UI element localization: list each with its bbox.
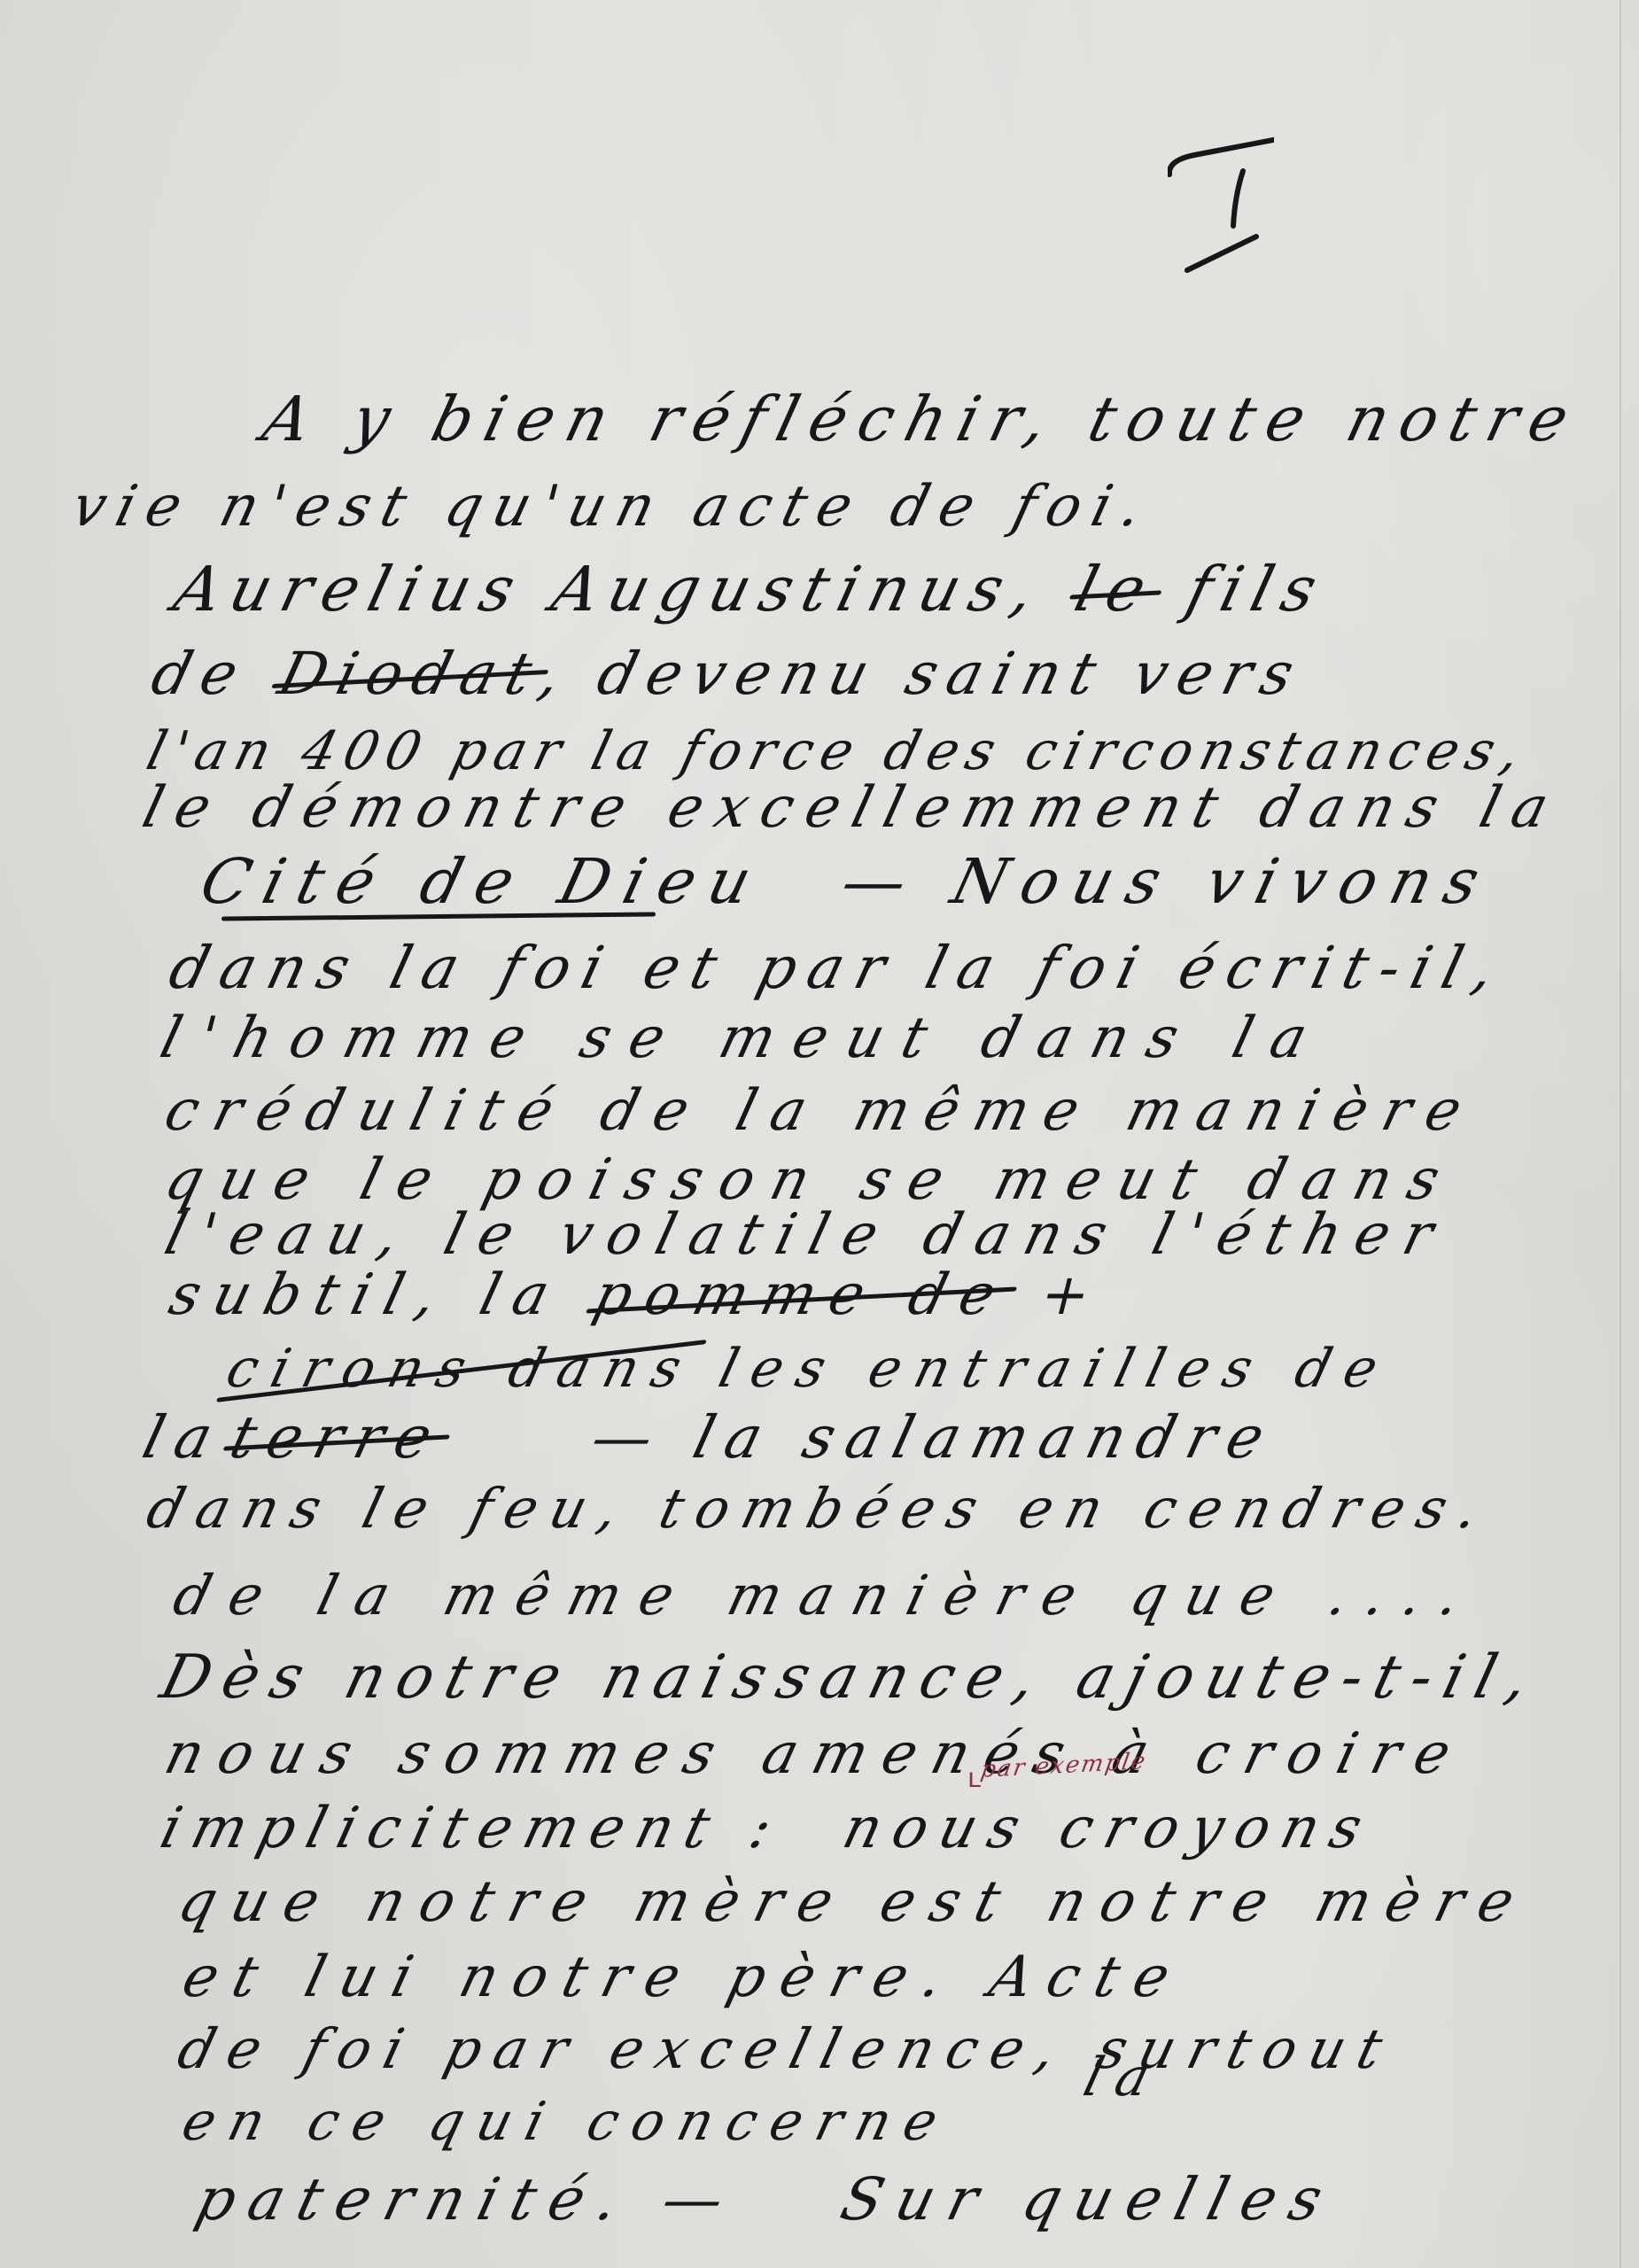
manuscript-line-14: cirons dansles entrailles de (221, 1342, 1431, 1395)
line-text: — Nous vivons (835, 850, 1499, 913)
manuscript-line-9: l'homme se meut dans la (155, 1010, 1332, 1067)
manuscript-line-6: le démontre excellemment dans la (137, 780, 1567, 836)
manuscript-line-16: dans le feu, tombées en cendres. (142, 1481, 1497, 1536)
manuscript-line-15: laterre— la salamandre (137, 1409, 1316, 1467)
insertion-mark: + (1035, 1267, 1111, 1324)
line-text: Sur quelles (835, 2171, 1342, 2229)
line-text: , devenu saint vers (533, 645, 1309, 703)
underlined-title: Cité de Dieu (195, 850, 772, 913)
manuscript-page: I A y bien réfléchir, toute notre vie n'… (0, 0, 1639, 2268)
line-text: la (137, 1409, 230, 1467)
struck-through-word: terre (224, 1409, 449, 1467)
struck-through-words: cirons dans (221, 1342, 701, 1395)
line-text: implicitement : (155, 1800, 789, 1857)
manuscript-line-10: crédulité de la même manière (159, 1083, 1483, 1139)
manuscript-line-7: Cité de Dieu— Nous vivons (195, 850, 1533, 913)
struck-through-word: le (1069, 558, 1162, 620)
line-text: nous croyons (837, 1800, 1379, 1857)
struck-through-word: pomme de (588, 1267, 1015, 1324)
line-text: de (146, 645, 254, 703)
manuscript-line-12: l'eau, le volatile dans l'éther (159, 1207, 1454, 1263)
manuscript-line-3: Aurelius Augustinus,lefils (168, 558, 1367, 620)
manuscript-line-8: dans la foi et par la foi écrit-il, (164, 939, 1512, 998)
line-text: — la salamandre (586, 1409, 1282, 1467)
manuscript-line-5: l'an 400 par la force des circonstances, (142, 725, 1534, 778)
line-text: subtil, la (164, 1267, 569, 1324)
manuscript-line-18: Dès notre naissance, ajoute-t-il, (155, 1648, 1547, 1708)
line-text: Aurelius Augustinus, (168, 558, 1051, 620)
manuscript-line-20: implicitement :nous croyons (155, 1800, 1413, 1857)
chapter-numeral-heading (1168, 128, 1274, 279)
page-edge (1620, 0, 1621, 2268)
manuscript-line-23: de foi par excellence, surtout (173, 2022, 1401, 2077)
line-text: la (1078, 2051, 1169, 2104)
manuscript-line-25: paternité. —Sur quelles (190, 2171, 1376, 2229)
manuscript-line-11: que le poisson se meut dans (159, 1152, 1463, 1208)
manuscript-line-22: et lui notre père. Acte (177, 1949, 1191, 2006)
manuscript-line-19: nous sommes amenés à croire (159, 1726, 1472, 1783)
manuscript-line-13: subtil, lapomme de+ (164, 1267, 1145, 1324)
manuscript-line-24: en ce qui concernela (177, 2095, 1192, 2148)
manuscript-line-2: vie n'est qu'un acte de foi. (66, 478, 1159, 535)
line-text: en ce qui concerne (177, 2095, 957, 2148)
manuscript-line-1: A y bien réfléchir, toute notre (257, 388, 1587, 450)
manuscript-line-4: deDiodat, devenu saint vers (146, 645, 1343, 703)
struck-through-word: Diodat (273, 645, 548, 703)
line-text: les entrailles de (714, 1342, 1397, 1395)
line-text: paternité. — (190, 2171, 743, 2229)
manuscript-line-17: de la même manière que .... (168, 1568, 1485, 1623)
line-text: fils (1181, 558, 1333, 620)
manuscript-line-21: que notre mère est notre mère (173, 1874, 1535, 1930)
